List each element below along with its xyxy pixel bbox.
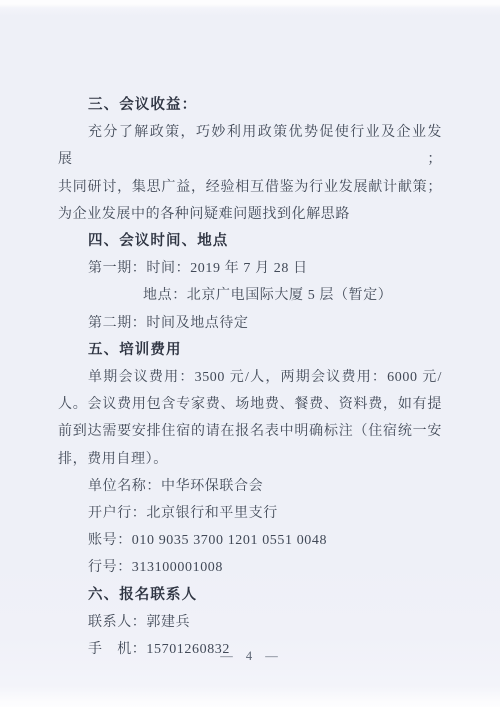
section-heading-fees: 五、培训费用 (58, 337, 442, 364)
text-line-session1-time: 第一期：时间：2019 年 7 月 28 日 (58, 255, 442, 282)
text-line: 单期会议费用：3500 元/人，两期会议费用：6000 元/ (58, 364, 442, 391)
text-line-session2: 第二期：时间及地点待定 (58, 310, 442, 337)
text-line-account-number: 账号：010 9035 3700 1201 0551 0048 (58, 527, 442, 554)
section-heading-time-place: 四、会议时间、地点 (58, 228, 442, 255)
text-line-org-name: 单位名称：中华环保联合会 (58, 473, 442, 500)
text-line-contact-person: 联系人：郭建兵 (58, 609, 442, 636)
text-line-session1-place: 地点：北京广电国际大厦 5 层（暂定） (58, 282, 442, 309)
text-line: 排，费用自理）。 (58, 446, 442, 473)
section-heading-benefits: 三、会议收益： (58, 92, 442, 119)
text-line-bank-name: 开户行：北京银行和平里支行 (58, 500, 442, 527)
text-line: 共同研讨，集思广益，经验相互借鉴为行业发展献计献策； (58, 174, 442, 201)
text-line: 充分了解政策，巧妙利用政策优势促使行业及企业发展； (58, 119, 442, 173)
text-line: 人。会议费用包含专家费、场地费、餐费、资料费，如有提 (58, 391, 442, 418)
page-number: — 4 — (0, 649, 500, 664)
document-body: 三、会议收益： 充分了解政策，巧妙利用政策优势促使行业及企业发展； 共同研讨，集… (58, 92, 442, 663)
text-line: 为企业发展中的各种问疑难问题找到化解思路 (58, 201, 442, 228)
text-line-bank-code: 行号：313100001008 (58, 554, 442, 581)
text-line: 前到达需要安排住宿的请在报名表中明确标注（住宿统一安 (58, 418, 442, 445)
scanned-document-page: 三、会议收益： 充分了解政策，巧妙利用政策优势促使行业及企业发展； 共同研讨，集… (0, 0, 500, 707)
section-heading-contact: 六、报名联系人 (58, 582, 442, 609)
